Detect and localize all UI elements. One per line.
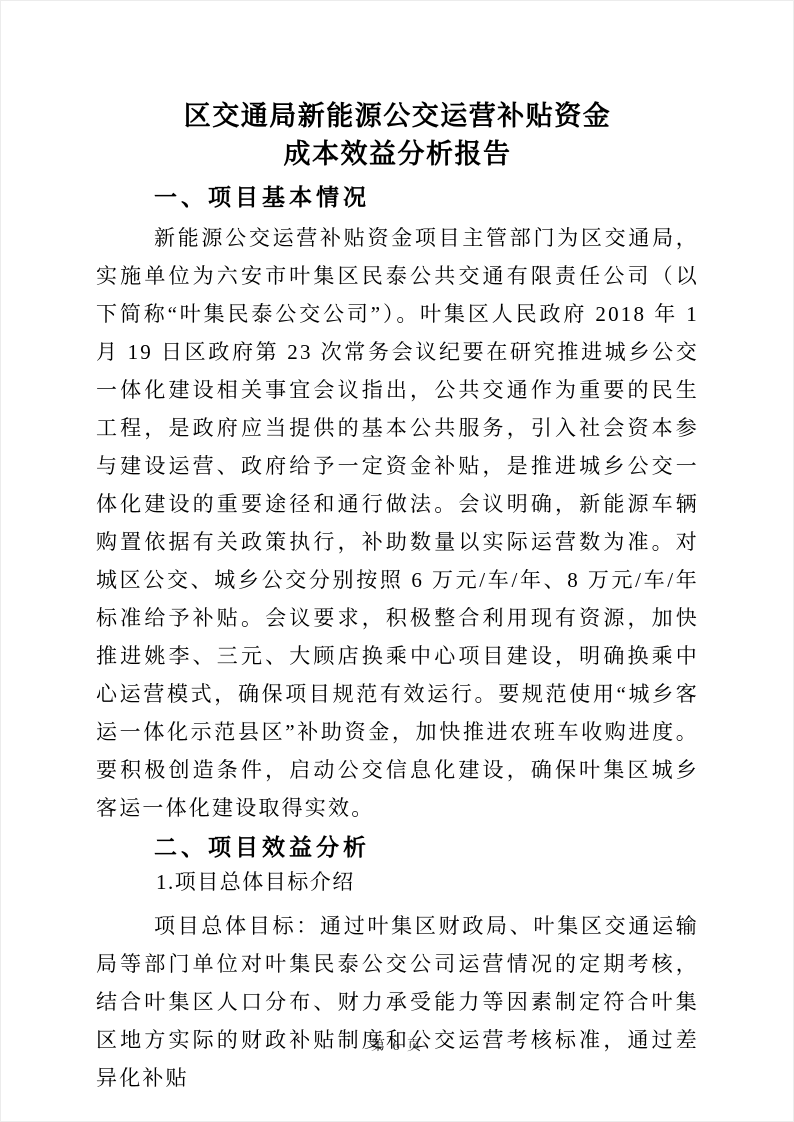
document-page: 区交通局新能源公交运营补贴资金 成本效益分析报告 一、项目基本情况 新能源公交运…	[0, 0, 794, 1122]
document-title: 区交通局新能源公交运营补贴资金 成本效益分析报告	[96, 97, 699, 173]
subsection-heading-overall-goal: 1.项目总体目标介绍	[96, 863, 699, 901]
paragraph-project-basic-info: 新能源公交运营补贴资金项目主管部门为区交通局，实施单位为六安市叶集区民泰公共交通…	[96, 219, 699, 827]
page-number: 第 6 页	[1, 1037, 793, 1057]
document-title-line-1: 区交通局新能源公交运营补贴资金	[96, 97, 699, 135]
section-heading-2: 二、项目效益分析	[96, 831, 699, 863]
document-title-line-2: 成本效益分析报告	[96, 135, 699, 173]
paragraph-overall-goal: 项目总体目标：通过叶集区财政局、叶集区交通运输局等部门单位对叶集民泰公交公司运营…	[96, 907, 699, 1097]
section-heading-1: 一、项目基本情况	[96, 181, 699, 213]
